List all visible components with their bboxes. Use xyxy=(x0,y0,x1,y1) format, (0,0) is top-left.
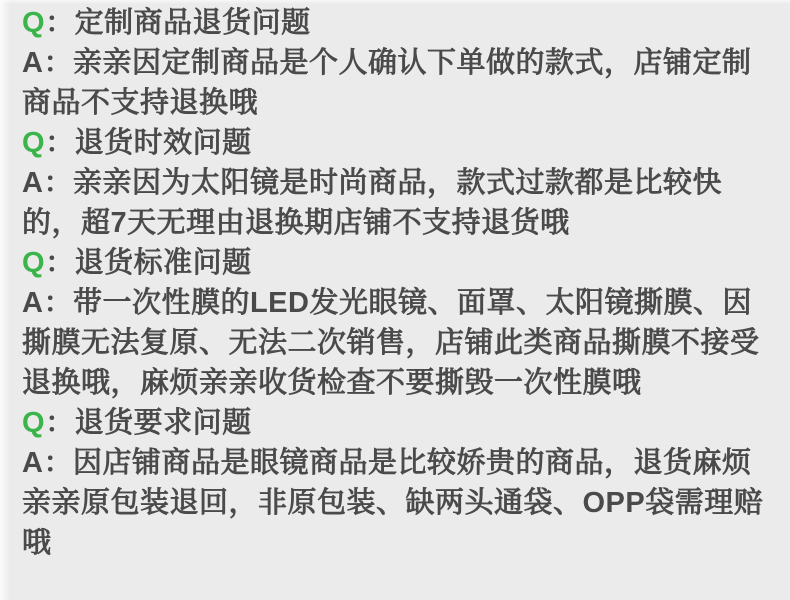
faq-item: Q：退货标准问题 A：带一次性膜的LED发光眼镜、面罩、太阳镜撕膜、因撕膜无法复… xyxy=(22,243,772,403)
answer-text: 带一次性膜的LED发光眼镜、面罩、太阳镜撕膜、因撕膜无法复原、无法二次销售，店铺… xyxy=(22,287,760,399)
answer-line: A：因店铺商品是眼镜商品是比较娇贵的商品，退货麻烦亲亲原包装退回，非原包装、缺两… xyxy=(22,443,772,563)
answer-line: A：亲亲因为太阳镜是时尚商品，款式过款都是比较快的，超7天无理由退换期店铺不支持… xyxy=(22,163,772,243)
faq-item: Q：定制商品退货问题 A：亲亲因定制商品是个人确认下单做的款式，店铺定制商品不支… xyxy=(22,3,772,123)
question-line: Q：退货要求问题 xyxy=(22,403,772,443)
a-label: A xyxy=(22,287,43,319)
question-text: 定制商品退货问题 xyxy=(75,7,311,39)
a-label: A xyxy=(22,167,43,199)
answer-line: A：亲亲因定制商品是个人确认下单做的款式，店铺定制商品不支持退换哦 xyxy=(22,43,772,123)
question-line: Q：定制商品退货问题 xyxy=(22,3,772,43)
question-text: 退货要求问题 xyxy=(75,407,252,439)
q-label: Q xyxy=(22,127,45,159)
question-text: 退货时效问题 xyxy=(75,127,252,159)
q-label: Q xyxy=(22,407,45,439)
answer-text: 因店铺商品是眼镜商品是比较娇贵的商品，退货麻烦亲亲原包装退回，非原包装、缺两头通… xyxy=(22,447,763,559)
a-colon: ： xyxy=(43,447,73,479)
question-line: Q：退货时效问题 xyxy=(22,123,772,163)
q-label: Q xyxy=(22,247,45,279)
q-colon: ： xyxy=(45,247,75,279)
question-line: Q：退货标准问题 xyxy=(22,243,772,283)
q-colon: ： xyxy=(45,7,75,39)
a-label: A xyxy=(22,47,43,79)
faq-item: Q：退货时效问题 A：亲亲因为太阳镜是时尚商品，款式过款都是比较快的，超7天无理… xyxy=(22,123,772,243)
a-label: A xyxy=(22,447,43,479)
q-colon: ： xyxy=(45,127,75,159)
faq-panel: Q：定制商品退货问题 A：亲亲因定制商品是个人确认下单做的款式，店铺定制商品不支… xyxy=(0,0,790,563)
answer-text: 亲亲因定制商品是个人确认下单做的款式，店铺定制商品不支持退换哦 xyxy=(22,47,751,119)
question-text: 退货标准问题 xyxy=(75,247,252,279)
answer-line: A：带一次性膜的LED发光眼镜、面罩、太阳镜撕膜、因撕膜无法复原、无法二次销售，… xyxy=(22,283,772,403)
a-colon: ： xyxy=(43,167,73,199)
faq-item: Q：退货要求问题 A：因店铺商品是眼镜商品是比较娇贵的商品，退货麻烦亲亲原包装退… xyxy=(22,403,772,563)
a-colon: ： xyxy=(43,47,73,79)
answer-text: 亲亲因为太阳镜是时尚商品，款式过款都是比较快的，超7天无理由退换期店铺不支持退货… xyxy=(22,167,722,239)
q-label: Q xyxy=(22,7,45,39)
a-colon: ： xyxy=(43,287,73,319)
q-colon: ： xyxy=(45,407,75,439)
